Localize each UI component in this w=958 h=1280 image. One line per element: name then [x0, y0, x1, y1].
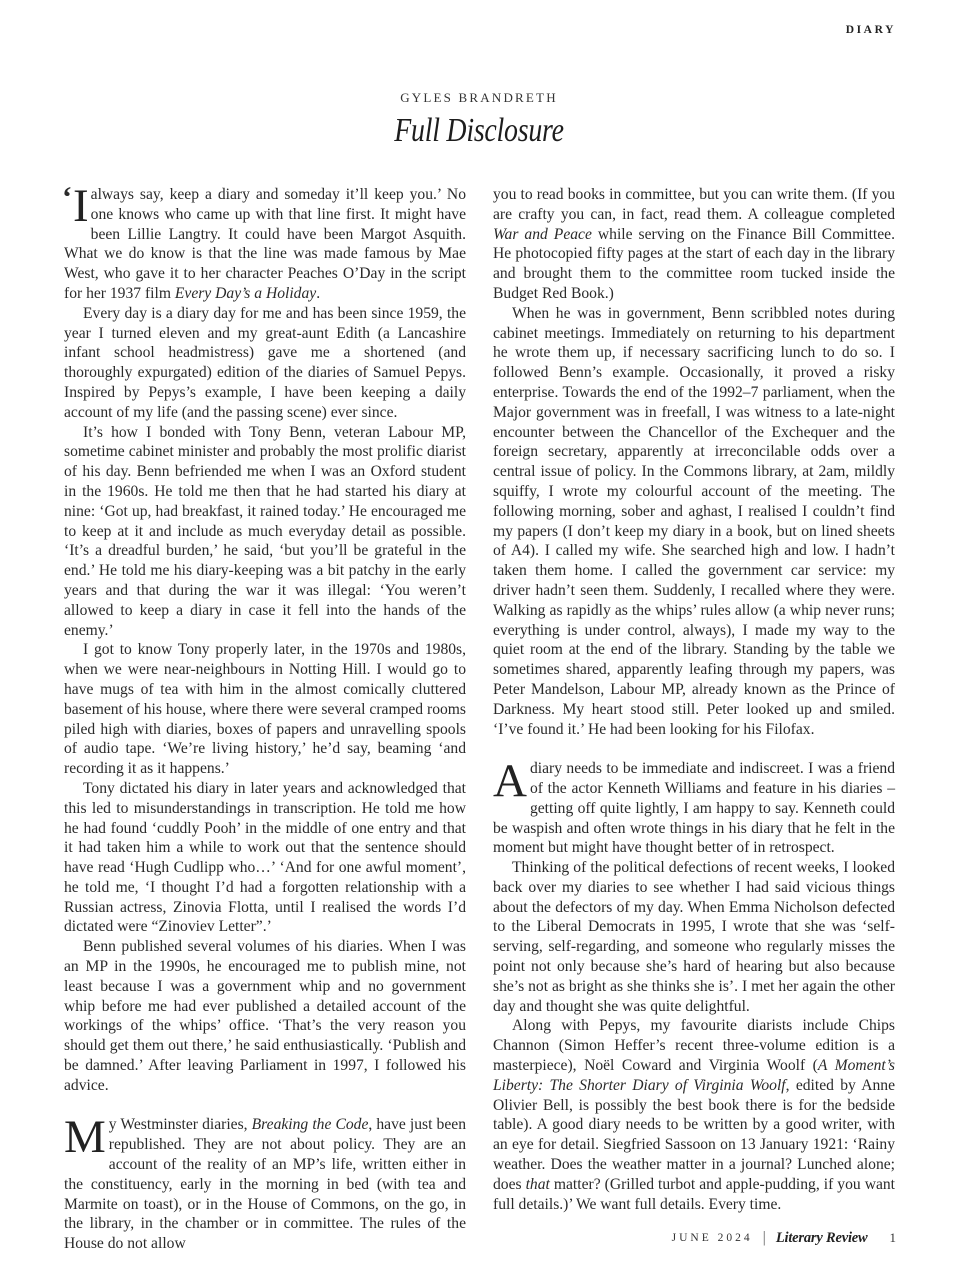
paragraph-9: When he was in government, Benn scribble… [493, 304, 895, 740]
author-byline: GYLES BRANDRETH [0, 90, 958, 106]
dropcap-letter: M [64, 1118, 106, 1156]
paragraph-1: ‘ I always say, keep a diary and someday… [64, 185, 466, 304]
magazine-name: Literary Review [776, 1230, 868, 1247]
open-quote-mark: ‘ [62, 188, 72, 208]
book-title: Breaking the Code [252, 1116, 369, 1133]
dropcap-letter: A [493, 762, 527, 800]
paragraph-12: Along with Pepys, my favourite diarists … [493, 1016, 895, 1214]
issue-date: JUNE 2024 [672, 1232, 753, 1244]
film-title: Every Day’s a Holiday [175, 285, 316, 302]
paragraph-10: A diary needs to be immediate and indisc… [493, 759, 895, 858]
book-title: War and Peace [493, 226, 592, 243]
paragraph-3: It’s how I bonded with Tony Benn, vetera… [64, 423, 466, 641]
article-column-right: you to read books in committee, but you … [493, 185, 895, 1214]
dropcap-letter: I [73, 187, 89, 225]
article-title: Full Disclosure [86, 112, 872, 150]
paragraph-7: My Westminster diaries, Breaking the Cod… [64, 1115, 466, 1254]
page-number: 1 [890, 1230, 897, 1246]
article-column-left: ‘ I always say, keep a diary and someday… [64, 185, 466, 1254]
footer-separator: | [763, 1229, 766, 1247]
paragraph-8: you to read books in committee, but you … [493, 185, 895, 304]
paragraph-4: I got to know Tony properly later, in th… [64, 640, 466, 779]
paragraph-5: Tony dictated his diary in later years a… [64, 779, 466, 937]
paragraph-2: Every day is a diary day for me and has … [64, 304, 466, 423]
section-label: DIARY [846, 24, 896, 36]
page-footer: JUNE 2024 | Literary Review 1 [672, 1229, 896, 1247]
emphasis: that [526, 1176, 550, 1193]
dropcap-group: ‘ I [62, 187, 89, 225]
paragraph-11: Thinking of the political defections of … [493, 858, 895, 1016]
paragraph-6: Benn published several volumes of his di… [64, 937, 466, 1095]
